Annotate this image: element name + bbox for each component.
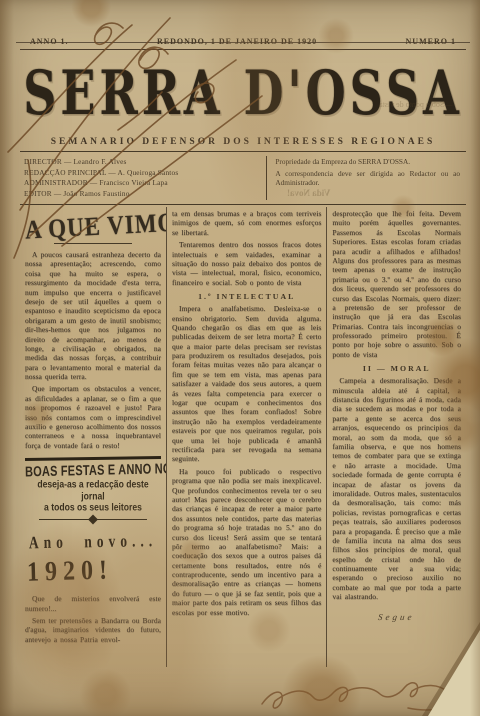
article-headline: A QUE VIMOS [24,209,161,246]
ownership-line: Propriedade da Empreza do SERRA D'OSSA. [275,157,460,166]
greeting-line: a todos os seus leitores [25,501,161,513]
staff-redaccao: REDACÇÃO PRINCIPAL — A. Queiroga Santos [24,168,260,177]
paragraph: Impera o analfabetismo. Desleixa-se o en… [172,304,321,464]
greeting-line: deseja-as a redacção deste jornal [25,478,161,502]
ornament-divider [39,515,147,525]
newspaper-scan: ANNO 1. REDONDO, 1 DE JANEIRO DE 1920 NU… [0,0,480,716]
dateline-date: REDONDO, 1 DE JANEIRO DE 1920 [155,37,319,46]
paragraph: ta em densas brumas e a braços com terri… [172,209,321,237]
subhead-moral: II — MORAL [332,364,461,373]
section-rule [25,456,161,461]
column-middle: ta em densas brumas e a braços com terri… [166,207,327,667]
dateline: ANNO 1. REDONDO, 1 DE JANEIRO DE 1920 NU… [20,34,466,50]
correspondence-line: A correspondencia deve ser dirigida ao R… [275,169,460,187]
masthead: SERRA D'OSSA [20,50,466,136]
paragraph: Ha pouco foi publicado o respectivo prog… [172,467,321,617]
paragraph: Tentaremos dentro dos nossos fracos dote… [172,240,321,287]
newspaper-subtitle: SEMANARIO DEFENSOR DOS INTERESSES REGION… [20,137,466,147]
paragraph: A poucos causará estranheza decerto da n… [25,250,161,381]
column-right: desprotecção que lhe foi feita. Devem mu… [327,207,466,667]
year-headline: 1920! [25,554,162,589]
paragraph: Campeia a desmoralisação. Desde a minusc… [332,376,461,601]
staff-director: DIRECTOR — Leandro F. Alves [24,157,260,166]
paragraph: Que importam os obstaculos a vencer, as … [25,384,161,450]
paragraph: Sem ter pretensões a Bandarra ou Borda d… [25,616,161,644]
staff-block: DIRECTOR — Leandro F. Alves REDACÇÃO PRI… [20,151,466,205]
continuation-marker: Segue [332,612,462,622]
staff-administrador: ADMINISTRADOR — Francisco Vieira Lapa [24,178,260,187]
paragraph: desprotecção que lhe foi feita. Devem mu… [332,209,461,359]
page-content: ANNO 1. REDONDO, 1 DE JANEIRO DE 1920 NU… [20,0,466,667]
staff-editor: EDITOR — João Ramos Faustino [24,189,260,198]
ownership-block: Propriedade da Empreza do SERRA D'OSSA. … [269,156,466,200]
paragraph: Que de misterios envolverá este numero!.… [25,594,161,613]
staff-list: DIRECTOR — Leandro F. Alves REDACÇÃO PRI… [20,156,264,200]
new-year-headline: Ano novo... [25,531,161,554]
column-left: A QUE VIMOS A poucos causará estranheza … [20,207,166,667]
newspaper-title: SERRA D'OSSA [23,57,463,128]
staff-divider [266,156,267,200]
dateline-year: ANNO 1. [28,37,71,46]
subhead-intelectual: 1.º INTELECTUAL [172,292,321,301]
dateline-number: NUMERO 1 [404,37,458,46]
article-columns: A QUE VIMOS A poucos causará estranheza … [20,207,466,667]
